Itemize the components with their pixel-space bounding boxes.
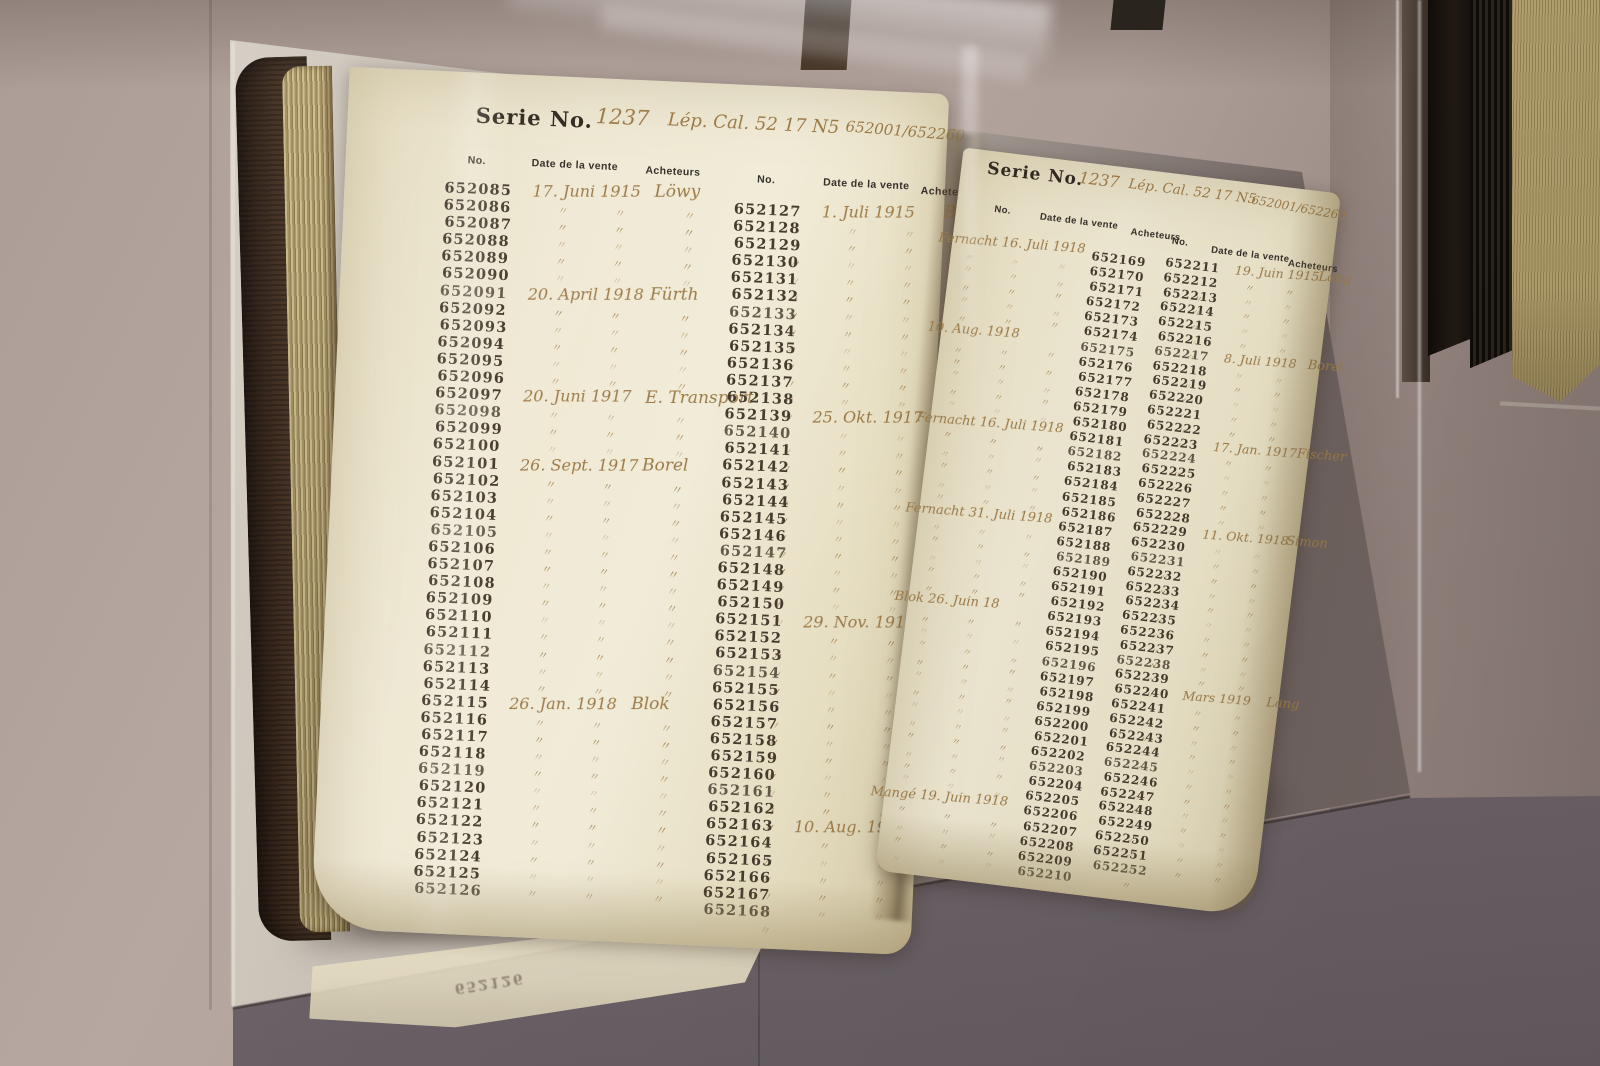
ledger-left-page: Serie No. 1237 Lép. Cal. 52 17 N5 652001… (311, 67, 949, 955)
wall-seam (209, 0, 212, 1010)
colA-header-date: Date de la vente (1039, 211, 1119, 232)
series-details-handwritten: Lép. Cal. 52 17 N5 (1128, 176, 1258, 208)
reflected-serial-number: 652126 (453, 970, 525, 997)
glass-edge-highlight (1418, 0, 1421, 772)
dark-book-spine (1428, 0, 1472, 356)
colB-header-no: No. (1171, 236, 1189, 249)
dark-book-spine (1470, 0, 1514, 372)
colA-header-no: No. (994, 204, 1012, 217)
series-number-handwritten: 1237 (1078, 168, 1121, 192)
mirror-edge-highlight (231, 42, 235, 1006)
page-sheen (311, 67, 949, 955)
glass-reflection-streak (962, 46, 978, 376)
case-frame-bar (1110, 0, 1165, 30)
tan-fabric-book (1512, 0, 1600, 414)
museum-display-photo: 652126 Serie No. 1237 Lép. Cal. 52 17 N5… (0, 0, 1600, 1066)
series-label: Serie No. (986, 159, 1084, 191)
glass-shelf-edge (1396, 0, 1399, 398)
case-shadow-gap (1402, 0, 1430, 382)
